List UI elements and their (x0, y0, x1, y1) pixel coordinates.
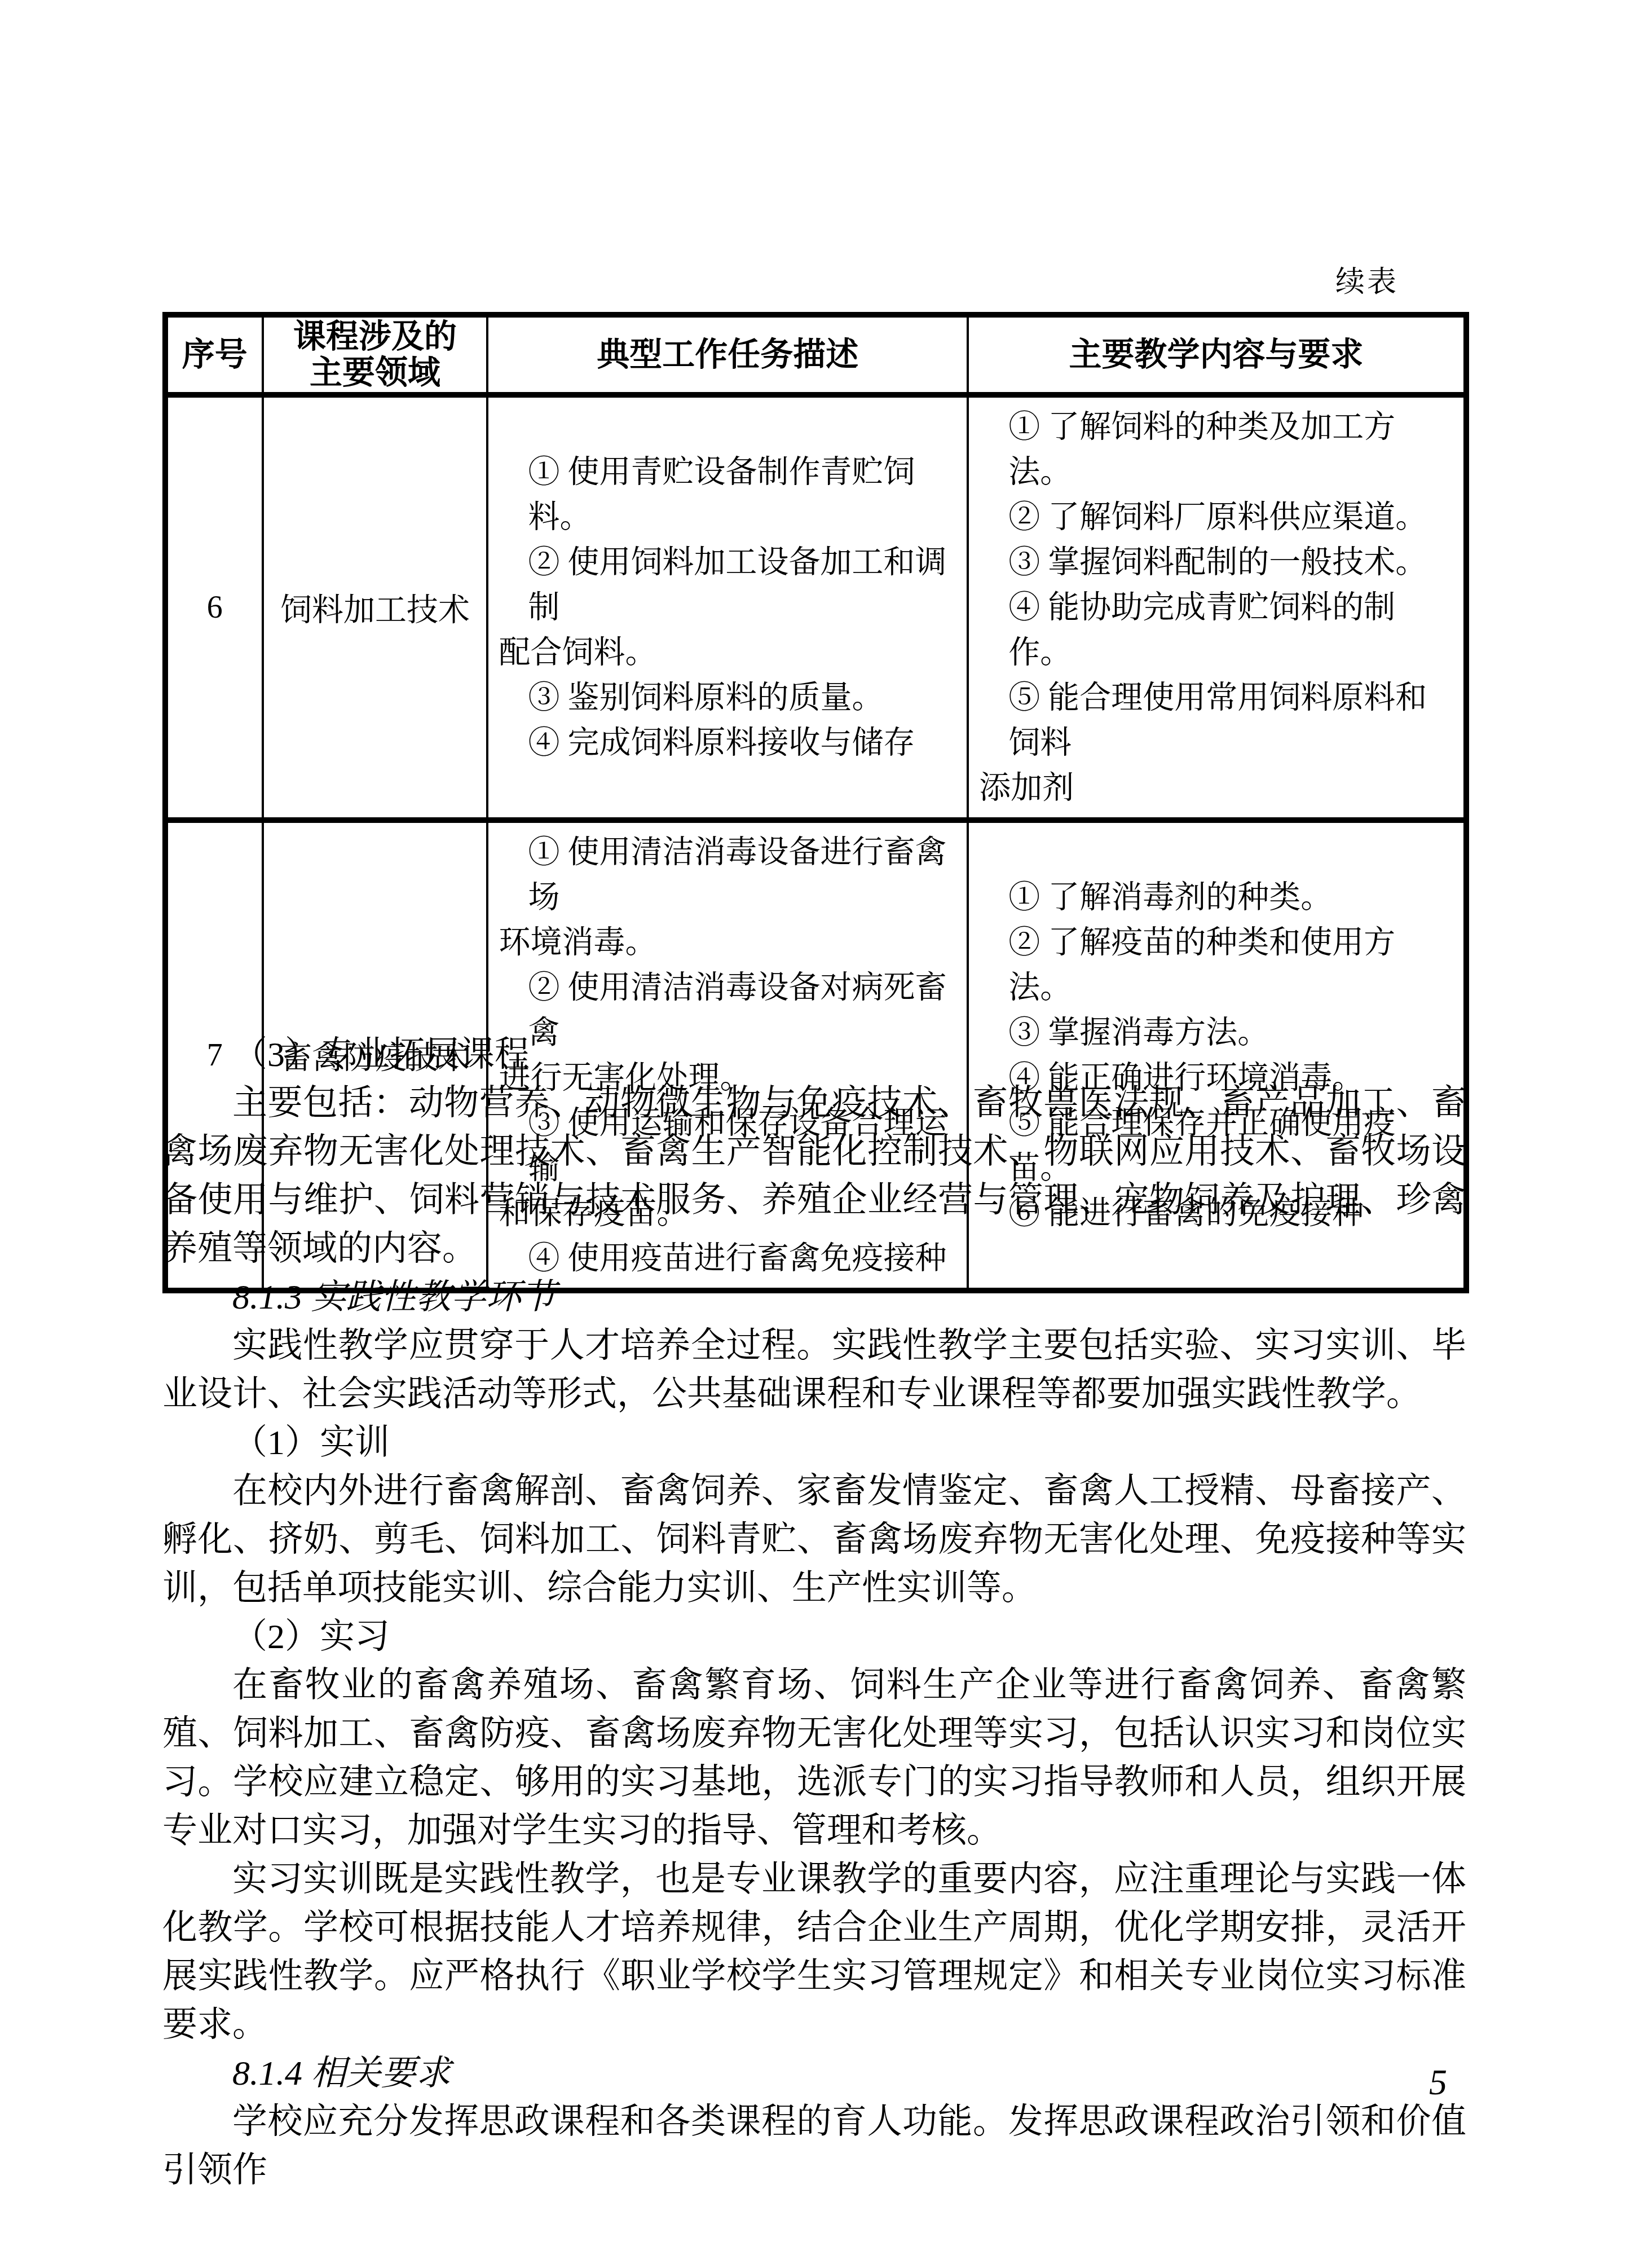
seq-cell: 6 (165, 395, 263, 820)
cell-line: ① 使用青贮设备制作青贮饲料。 (499, 450, 956, 540)
requirements-cell: ① 了解饲料的种类及加工方法。② 了解饲料厂原料供应渠道。③ 掌握饲料配制的一般… (968, 395, 1466, 820)
cell-line: ④ 完成饲料原料接收与储存 (499, 720, 956, 765)
body-text: （3）专业拓展课程主要包括：动物营养、动物微生物与免疫技术、畜牧兽医法规、畜产品… (162, 1030, 1466, 2195)
body-paragraph: 学校应充分发挥思政课程和各类课程的育人功能。发挥思政课程政治引领和价值引领作 (162, 2098, 1466, 2195)
cell-line: ③ 掌握饲料配制的一般技术。 (979, 540, 1453, 585)
col-header-requirements: 主要教学内容与要求 (968, 315, 1466, 395)
section-heading: 8.1.3 实践性教学环节 (162, 1273, 1466, 1322)
body-paragraph: 主要包括：动物营养、动物微生物与免疫技术、畜牧兽医法规、畜产品加工、畜禽场废弃物… (162, 1079, 1466, 1273)
cell-line: ② 使用饲料加工设备加工和调制 (499, 540, 956, 630)
cell-line: ③ 鉴别饲料原料的质量。 (499, 675, 956, 720)
cell-line: ① 了解饲料的种类及加工方法。 (979, 404, 1453, 495)
body-paragraph: （1）实训 (162, 1419, 1466, 1467)
col-header-seq: 序号 (165, 315, 263, 395)
body-paragraph: 实习实训既是实践性教学，也是专业课教学的重要内容，应注重理论与实践一体化教学。学… (162, 1855, 1466, 2049)
cell-line: ② 了解疫苗的种类和使用方法。 (979, 920, 1453, 1010)
cell-line: 添加剂 (979, 765, 1453, 811)
cell-line: ① 了解消毒剂的种类。 (979, 875, 1453, 920)
body-paragraph: （2）实习 (162, 1613, 1466, 1661)
body-paragraph: 实践性教学应贯穿于人才培养全过程。实践性教学主要包括实验、实习实训、毕业设计、社… (162, 1322, 1466, 1419)
table-header-row: 序号 课程涉及的 主要领域 典型工作任务描述 主要教学内容与要求 (165, 315, 1466, 395)
col-header-line: 主要领域 (264, 355, 487, 391)
section-heading: 8.1.4 相关要求 (162, 2049, 1466, 2098)
field-cell: 饲料加工技术 (263, 395, 488, 820)
col-header-line: 课程涉及的 (264, 319, 487, 355)
body-paragraph: （3）专业拓展课程 (162, 1030, 1466, 1079)
cell-line: ① 使用清洁消毒设备进行畜禽场 (499, 830, 956, 920)
cell-line: ④ 能协助完成青贮饲料的制作。 (979, 585, 1453, 675)
cell-line: ② 了解饲料厂原料供应渠道。 (979, 495, 1453, 540)
cell-line: 配合饲料。 (499, 630, 956, 675)
col-header-tasks: 典型工作任务描述 (487, 315, 968, 395)
continued-table-label: 续表 (1335, 266, 1399, 299)
tasks-cell: ① 使用青贮设备制作青贮饲料。② 使用饲料加工设备加工和调制配合饲料。③ 鉴别饲… (487, 395, 968, 820)
page-number: 5 (1429, 2062, 1447, 2103)
table-row: 6 饲料加工技术 ① 使用青贮设备制作青贮饲料。② 使用饲料加工设备加工和调制配… (165, 395, 1466, 820)
body-paragraph: 在畜牧业的畜禽养殖场、畜禽繁育场、饲料生产企业等进行畜禽饲养、畜禽繁殖、饲料加工… (162, 1661, 1466, 1855)
body-paragraph: 在校内外进行畜禽解剖、畜禽饲养、家畜发情鉴定、畜禽人工授精、母畜接产、孵化、挤奶… (162, 1467, 1466, 1613)
cell-line: 环境消毒。 (499, 920, 956, 965)
document-page: 续表 序号 课程涉及的 主要领域 典型工作任务描述 主要教学内容与要求 (0, 0, 1627, 2268)
col-header-field: 课程涉及的 主要领域 (263, 315, 488, 395)
cell-line: ⑤ 能合理使用常用饲料原料和饲料 (979, 675, 1453, 765)
